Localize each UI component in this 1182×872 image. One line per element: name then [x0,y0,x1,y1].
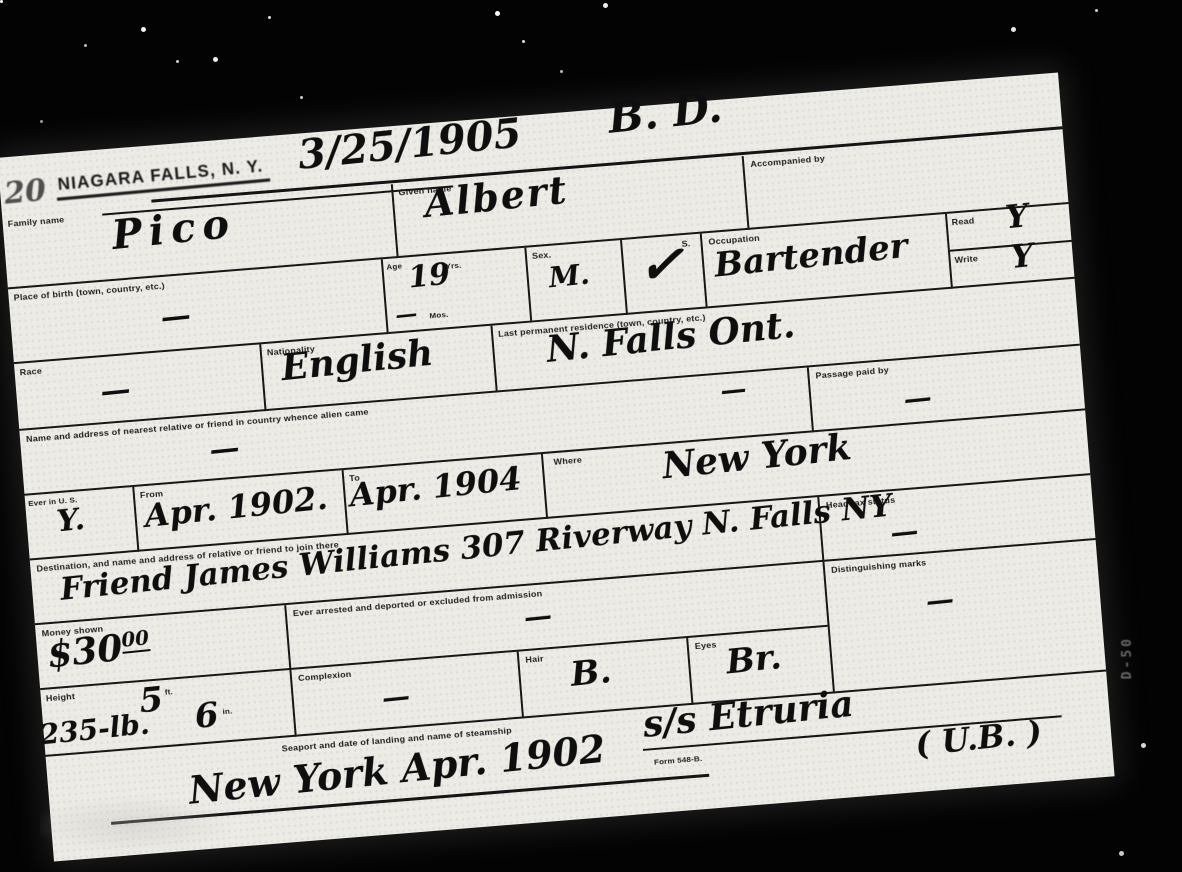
field-read-write: Read Y Write Y [947,204,1075,289]
field-sex: Sex. M. [526,240,628,322]
handwritten-value: B. [569,654,613,692]
handwritten-value: English [279,335,434,386]
entry-date: 3/25/1905 [296,113,523,175]
field-single: S. ✓ [622,234,708,315]
form-number: Form 548-B. [654,754,703,767]
field-label: Where [553,455,582,467]
field-label: Complexion [298,669,352,683]
handwritten-value: M. [547,260,590,292]
field-label: Family name [7,215,64,229]
inspector-initials: B. D. [606,86,724,139]
field-distinguishing-marks: Distinguishing marks — [824,540,1106,693]
film-speckles [0,0,3,3]
handwritten-value: Pico [110,204,238,256]
handwritten-value: — [925,585,956,616]
handwritten-value: Apr. 1902. [143,482,329,532]
handwritten-value: Albert [423,171,570,223]
handwritten-value: Br. [725,640,784,679]
handwritten-value: Y. [55,505,86,538]
pencil-number: 20 [3,176,48,210]
money-value: $30 [45,627,124,676]
check-mark: ✓ [637,236,684,291]
handwritten-value: — [99,375,132,408]
field-label: Hair [525,654,544,665]
height-inches: 6 [193,698,220,734]
field-label: Age [386,262,402,273]
field-age: Age 19 Yrs. — Mos. [383,248,533,334]
margin-weight-note: 235-lb. [38,710,150,749]
handwritten-value: — [159,301,192,334]
mos-label: Mos. [429,310,449,321]
field-label: Eyes [694,640,717,651]
write-label: Write [954,254,978,265]
read-value: Y [1004,199,1030,233]
field-label: Distinguishing marks [831,558,927,575]
manifest-card: 20 NIAGARA FALLS, N. Y. 3/25/1905 B. D. … [0,72,1115,861]
handwritten-value-right: — [719,376,747,404]
in-label: in. [222,707,233,717]
yrs-label: Yrs. [445,261,462,272]
field-label: Race [19,366,42,377]
read-label: Read [951,216,975,227]
handwritten-value: — [381,682,412,713]
months-value: — [394,302,418,326]
field-label: Accompanied by [750,154,825,170]
handwritten-value: — [902,383,933,414]
handwritten-value: — [523,602,554,633]
microfilm-scan: D-50 20 NIAGARA FALLS, N. Y. 3/25/1905 B… [0,0,1182,872]
field-ever-in-us: Ever in U. S. Y. [25,487,140,561]
money-cents: 00 [120,625,150,654]
parenthetical-note: ( U.B. ) [914,716,1043,761]
field-label: Sex. [532,250,552,261]
field-label: Passage paid by [815,365,889,380]
write-value: Y [1009,239,1035,273]
film-edge-marking: D-50 [1120,636,1135,679]
field-label: Height [46,692,76,704]
ft-label: ft. [164,688,173,698]
handwritten-value: — [208,433,241,466]
handwritten-value: Apr. 1904 [348,462,523,511]
